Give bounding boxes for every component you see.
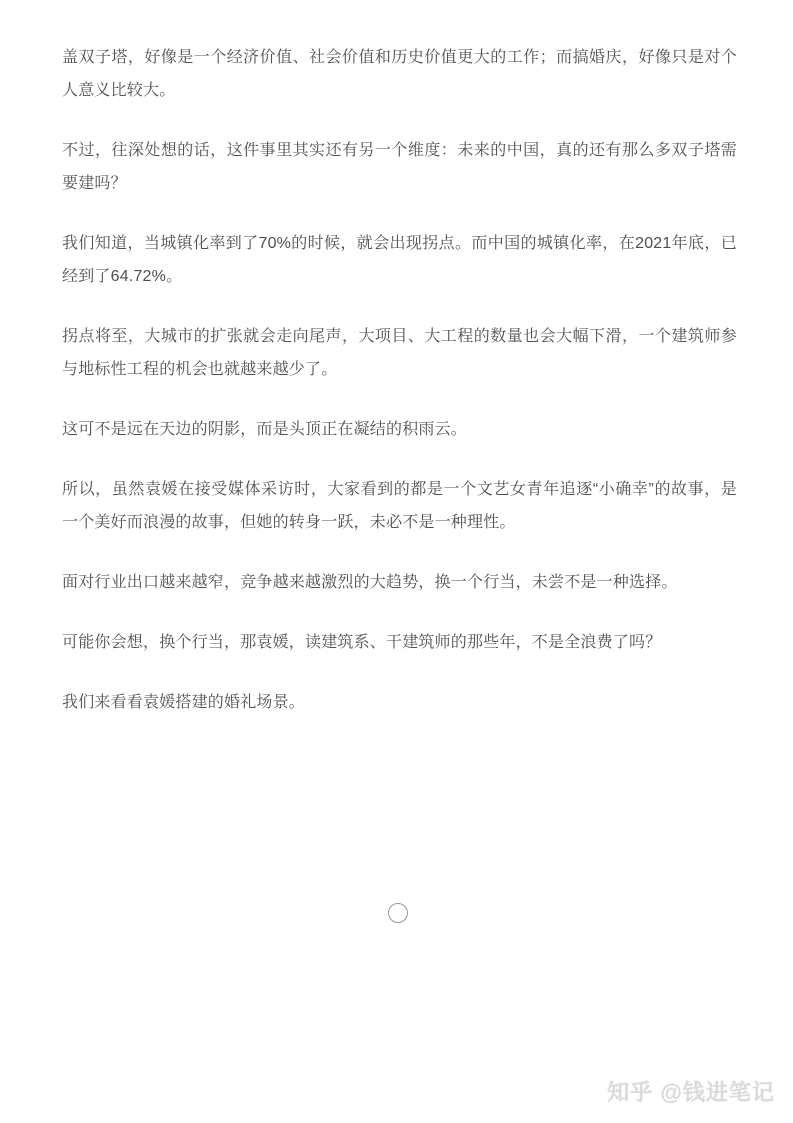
paragraph: 我们知道，当城镇化率到了70%的时候，就会出现拐点。而中国的城镇化率，在2021…	[62, 227, 737, 293]
article-page: 盖双子塔，好像是一个经济价值、社会价值和历史价值更大的工作；而搞婚庆，好像只是对…	[0, 0, 793, 1123]
paragraph: 可能你会想，换个行当，那袁媛，读建筑系、干建筑师的那些年，不是全浪费了吗？	[62, 626, 737, 659]
circle-placeholder-icon	[388, 903, 408, 923]
zhihu-watermark: 知乎 @钱进笔记	[607, 1076, 775, 1107]
paragraph: 拐点将至，大城市的扩张就会走向尾声，大项目、大工程的数量也会大幅下滑，一个建筑师…	[62, 320, 737, 386]
paragraph: 盖双子塔，好像是一个经济价值、社会价值和历史价值更大的工作；而搞婚庆，好像只是对…	[62, 41, 737, 107]
paragraph: 所以，虽然袁媛在接受媒体采访时，大家看到的都是一个文艺女青年追逐“小确幸”的故事…	[62, 473, 737, 539]
article-body: 盖双子塔，好像是一个经济价值、社会价值和历史价值更大的工作；而搞婚庆，好像只是对…	[62, 41, 737, 746]
paragraph: 不过，往深处想的话，这件事里其实还有另一个维度：未来的中国，真的还有那么多双子塔…	[62, 134, 737, 200]
paragraph: 这可不是远在天边的阴影，而是头顶正在凝结的积雨云。	[62, 413, 737, 446]
paragraph: 面对行业出口越来越窄，竞争越来越激烈的大趋势，换一个行当，未尝不是一种选择。	[62, 566, 737, 599]
paragraph: 我们来看看袁媛搭建的婚礼场景。	[62, 686, 737, 719]
